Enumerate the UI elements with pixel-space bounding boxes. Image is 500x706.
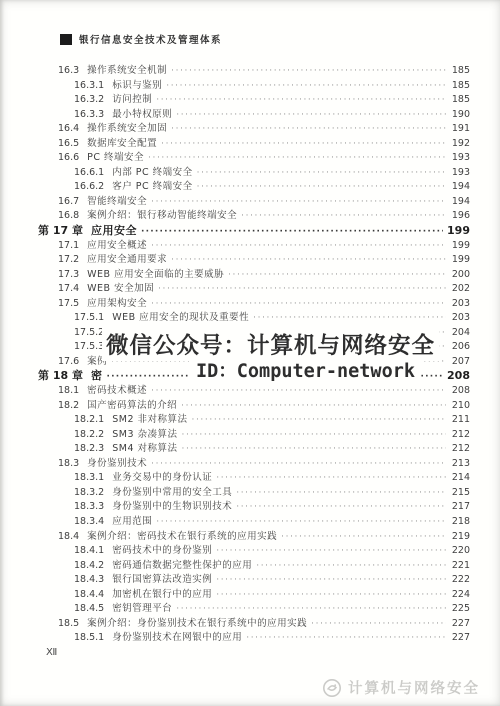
book-title: 银行信息安全技术及管理体系 — [79, 32, 222, 46]
toc-entry-page: 192 — [450, 137, 470, 152]
toc-entry-number: 17.5.1 — [74, 311, 104, 326]
toc-row: 16.6PC 终端安全193 — [0, 151, 500, 166]
toc-entry-number: 18.4.2 — [74, 559, 104, 574]
toc-row: 18.5案例介绍：身份鉴别技术在银行系统中的应用实践227 — [0, 617, 500, 632]
toc-entry-number: 16.4 — [58, 122, 79, 137]
toc-entry-page: 194 — [450, 180, 470, 195]
toc-row: 17.5应用架构安全203 — [0, 297, 500, 312]
toc-entry-page: 194 — [450, 195, 470, 210]
dot-leader — [241, 209, 446, 224]
toc-entry-title: 密码技术中的身份鉴别 — [112, 544, 212, 559]
dot-leader — [151, 384, 446, 399]
toc-entry-number: 17.5.2 — [74, 326, 104, 341]
toc-entry-page: 203 — [450, 311, 470, 326]
dot-leader — [156, 515, 446, 530]
toc-entry-number: 18.3.2 — [74, 486, 104, 501]
toc-entry-number: 18.5 — [58, 617, 79, 632]
toc-entry-number: 17.5 — [58, 297, 79, 312]
toc-entry-title: 访问控制 — [112, 93, 152, 108]
dot-leader — [256, 559, 446, 574]
toc-row: 18.4.2密码通信数据完整性保护的应用221 — [0, 559, 500, 574]
dot-leader — [311, 617, 446, 632]
brand-logo-icon — [322, 678, 342, 698]
toc-entry-title: 操作系统安全加固 — [87, 122, 167, 137]
toc-row: 16.6.2客户 PC 终端安全194 — [0, 180, 500, 195]
toc-entry-page: 185 — [450, 93, 470, 108]
dot-leader — [197, 180, 446, 195]
dot-leader — [216, 544, 446, 559]
toc-entry-title: 身份鉴别技术在网银中的应用 — [112, 631, 242, 646]
dot-leader — [151, 457, 446, 472]
dot-leader — [166, 79, 446, 94]
toc-entry-title: PC 终端安全 — [87, 151, 144, 166]
dot-leader — [182, 428, 446, 443]
toc-entry-number: 16.6.2 — [74, 180, 104, 195]
toc-row: 18.2.3SM4 对称算法212 — [0, 442, 500, 457]
toc-row: 16.3.2访问控制185 — [0, 93, 500, 108]
toc-entry-page: 204 — [450, 326, 470, 341]
toc-entry-title: 案例介绍：密码技术在银行系统的应用实践 — [87, 530, 277, 545]
toc-entry-page: 193 — [450, 166, 470, 181]
toc-row: 第 17 章应用安全199 — [0, 224, 500, 239]
toc-entry-page: 206 — [450, 340, 470, 355]
dot-leader — [253, 311, 446, 326]
dot-leader — [151, 297, 446, 312]
dot-leader — [171, 64, 446, 79]
dot-leader — [148, 151, 446, 166]
toc-row: 16.4操作系统安全加固191 — [0, 122, 500, 137]
dot-leader — [161, 137, 446, 152]
toc-entry-number: 18.2.2 — [74, 428, 104, 443]
toc-entry-page: 219 — [450, 530, 470, 545]
toc-entry-title: 内部 PC 终端安全 — [112, 166, 192, 181]
dot-leader — [281, 530, 446, 545]
toc-entry-number: 16.3.1 — [74, 79, 104, 94]
folio-page-number: Ⅻ — [46, 647, 56, 658]
toc-entry-page: 212 — [450, 442, 470, 457]
dot-leader — [171, 253, 446, 268]
toc-row: 18.3.4应用范围218 — [0, 515, 500, 530]
toc-entry-number: 18.3 — [58, 457, 79, 472]
toc-entry-page: 222 — [450, 573, 470, 588]
toc-row: 18.4.4加密机在银行中的应用224 — [0, 588, 500, 603]
dot-leader — [192, 413, 446, 428]
toc-entry-title: 应用范围 — [112, 515, 152, 530]
toc-row: 17.5.3206 — [0, 340, 500, 355]
toc-entry-page: 227 — [450, 617, 470, 632]
toc-entry-title: 银行国密算法改造实例 — [112, 573, 212, 588]
dot-leader — [151, 195, 446, 210]
toc-row: 16.3.1标识与鉴别185 — [0, 79, 500, 94]
toc-entry-page: 199 — [447, 224, 470, 239]
toc-entry-title: WEB 应用安全面临的主要威胁 — [87, 268, 224, 283]
dot-leader — [236, 500, 446, 515]
toc-entry-number: 17.4 — [58, 282, 79, 297]
toc-entry-title: 最小特权原则 — [112, 108, 172, 123]
toc-row: 16.6.1内部 PC 终端安全193 — [0, 166, 500, 181]
toc-entry-page: 199 — [450, 253, 470, 268]
footer-brand-label: 计算机与网络安全 — [348, 677, 480, 698]
toc-entry-number: 18.2.1 — [74, 413, 104, 428]
dot-leader — [176, 108, 446, 123]
toc-entry-page: 217 — [450, 500, 470, 515]
toc-entry-title: SM2 非对称算法 — [112, 413, 187, 428]
dot-leader — [216, 588, 446, 603]
toc-entry-number: 18.4.1 — [74, 544, 104, 559]
toc-row: 18.5.1身份鉴别技术在网银中的应用227 — [0, 631, 500, 646]
toc-entry-number: 第 18 章 — [38, 369, 83, 384]
toc-entry-number: 18.5.1 — [74, 631, 104, 646]
toc-entry-page: 218 — [450, 515, 470, 530]
toc-entry-page: 185 — [450, 64, 470, 79]
toc-entry-number: 18.2.3 — [74, 442, 104, 457]
toc-entry-page: 193 — [450, 151, 470, 166]
toc-row: 18.2国产密码算法的介绍210 — [0, 399, 500, 414]
dot-leader — [116, 326, 446, 341]
toc-entry-page: 215 — [450, 486, 470, 501]
toc-entry-title: 加密机在银行中的应用 — [112, 588, 212, 603]
toc-entry-title: SM3 杂凑算法 — [112, 428, 177, 443]
dot-leader — [176, 602, 446, 617]
toc-entry-title: 密钥管理平台 — [112, 602, 172, 617]
toc-entry-number: 18.1 — [58, 384, 79, 399]
toc-entry-page: 214 — [450, 471, 470, 486]
toc-entry-page: 211 — [450, 413, 470, 428]
dot-leader — [106, 369, 443, 385]
toc-entry-title: 操作系统安全机制 — [87, 64, 167, 79]
toc-entry-number: 16.8 — [58, 209, 79, 224]
dot-leader — [246, 631, 446, 646]
toc-entry-number: 16.5 — [58, 137, 79, 152]
toc-row: 17.6案例207 — [0, 355, 500, 370]
toc-entry-page: 202 — [450, 282, 470, 297]
toc-row: 17.5.2204 — [0, 326, 500, 341]
toc-entry-page: 213 — [450, 457, 470, 472]
dot-leader — [116, 340, 446, 355]
toc-entry-number: 16.7 — [58, 195, 79, 210]
toc-entry-title: 应用架构安全 — [87, 297, 147, 312]
toc-entry-number: 16.3 — [58, 64, 79, 79]
dot-leader — [182, 442, 446, 457]
toc-entry-title: 身份鉴别技术 — [87, 457, 147, 472]
toc-entry-title: 密码技术概述 — [87, 384, 147, 399]
toc-entry-number: 18.3.3 — [74, 500, 104, 515]
toc-entry-title: WEB 安全加固 — [87, 282, 154, 297]
toc-entry-title: 案例 — [87, 355, 107, 370]
toc-entry-page: 208 — [447, 369, 470, 384]
toc-entry-page: 196 — [450, 209, 470, 224]
toc-entry-number: 第 17 章 — [38, 224, 83, 239]
toc-row: 16.3操作系统安全机制185 — [0, 64, 500, 79]
toc-entry-title: WEB 应用安全的现状及重要性 — [112, 311, 249, 326]
dot-leader — [156, 93, 446, 108]
toc-entry-number: 18.4 — [58, 530, 79, 545]
table-of-contents: 16.3操作系统安全机制18516.3.1标识与鉴别18516.3.2访问控制1… — [0, 64, 500, 646]
toc-entry-number: 17.6 — [58, 355, 79, 370]
toc-row: 18.4案例介绍：密码技术在银行系统的应用实践219 — [0, 530, 500, 545]
toc-entry-title: 国产密码算法的介绍 — [87, 399, 177, 414]
dot-leader — [141, 224, 443, 240]
toc-entry-title: 密码通信数据完整性保护的应用 — [112, 559, 252, 574]
toc-entry-page: 224 — [450, 588, 470, 603]
toc-row: 16.8案例介绍：银行移动智能终端安全196 — [0, 209, 500, 224]
toc-entry-number: 16.3.3 — [74, 108, 104, 123]
toc-entry-page: 221 — [450, 559, 470, 574]
toc-row: 18.4.1密码技术中的身份鉴别220 — [0, 544, 500, 559]
toc-entry-page: 220 — [450, 544, 470, 559]
dot-leader — [171, 122, 446, 137]
dot-leader — [228, 268, 446, 283]
toc-entry-page: 212 — [450, 428, 470, 443]
toc-entry-number: 18.2 — [58, 399, 79, 414]
toc-row: 17.4WEB 安全加固202 — [0, 282, 500, 297]
toc-entry-title: 身份鉴别中的生物识别技术 — [112, 500, 232, 515]
toc-entry-number: 16.3.2 — [74, 93, 104, 108]
toc-entry-number: 16.6.1 — [74, 166, 104, 181]
dot-leader — [151, 239, 446, 254]
toc-entry-number: 18.4.5 — [74, 602, 104, 617]
toc-entry-number: 18.3.4 — [74, 515, 104, 530]
toc-entry-number: 16.6 — [58, 151, 79, 166]
toc-entry-page: 225 — [450, 602, 470, 617]
dot-leader — [216, 471, 446, 486]
toc-row: 16.7智能终端安全194 — [0, 195, 500, 210]
toc-entry-title: 应用安全通用要求 — [87, 253, 167, 268]
toc-entry-number: 18.4.3 — [74, 573, 104, 588]
toc-row: 18.2.1SM2 非对称算法211 — [0, 413, 500, 428]
toc-entry-number: 18.4.4 — [74, 588, 104, 603]
page-header: 银行信息安全技术及管理体系 — [60, 32, 470, 46]
toc-entry-page: 200 — [450, 268, 470, 283]
toc-entry-page: 210 — [450, 399, 470, 414]
toc-entry-page: 190 — [450, 108, 470, 123]
toc-entry-title: 应用安全 — [91, 224, 137, 239]
toc-entry-title: SM4 对称算法 — [112, 442, 177, 457]
toc-entry-number: 17.1 — [58, 239, 79, 254]
toc-entry-page: 185 — [450, 79, 470, 94]
toc-row: 17.2应用安全通用要求199 — [0, 253, 500, 268]
toc-row: 17.1应用安全概述199 — [0, 239, 500, 254]
toc-entry-title: 标识与鉴别 — [112, 79, 162, 94]
toc-entry-title: 案例介绍：身份鉴别技术在银行系统中的应用实践 — [87, 617, 307, 632]
toc-entry-page: 208 — [450, 384, 470, 399]
toc-entry-page: 207 — [450, 355, 470, 370]
toc-entry-title: 客户 PC 终端安全 — [112, 180, 192, 195]
dot-leader — [197, 166, 446, 181]
toc-entry-title: 智能终端安全 — [87, 195, 147, 210]
toc-row: 16.3.3最小特权原则190 — [0, 108, 500, 123]
scanned-toc-page: 银行信息安全技术及管理体系 16.3操作系统安全机制18516.3.1标识与鉴别… — [0, 0, 500, 706]
toc-entry-title: 密 — [91, 369, 103, 384]
toc-row: 18.3身份鉴别技术213 — [0, 457, 500, 472]
toc-entry-title: 业务交易中的身份认证 — [112, 471, 212, 486]
toc-row: 18.3.3身份鉴别中的生物识别技术217 — [0, 500, 500, 515]
toc-row: 18.1密码技术概述208 — [0, 384, 500, 399]
header-square-icon — [60, 34, 72, 45]
toc-row: 18.3.2身份鉴别中常用的安全工具215 — [0, 486, 500, 501]
toc-row: 16.5数据库安全配置192 — [0, 137, 500, 152]
toc-row: 18.4.3银行国密算法改造实例222 — [0, 573, 500, 588]
toc-entry-page: 227 — [450, 631, 470, 646]
toc-entry-number: 17.3 — [58, 268, 79, 283]
dot-leader — [111, 355, 446, 370]
toc-row: 18.2.2SM3 杂凑算法212 — [0, 428, 500, 443]
toc-entry-number: 17.5.3 — [74, 340, 104, 355]
toc-row: 第 18 章密208 — [0, 369, 500, 384]
toc-entry-page: 191 — [450, 122, 470, 137]
toc-entry-title: 案例介绍：银行移动智能终端安全 — [87, 209, 237, 224]
toc-row: 17.5.1WEB 应用安全的现状及重要性203 — [0, 311, 500, 326]
toc-entry-page: 203 — [450, 297, 470, 312]
dot-leader — [158, 282, 446, 297]
toc-entry-page: 199 — [450, 239, 470, 254]
toc-row: 18.4.5密钥管理平台225 — [0, 602, 500, 617]
footer-brand: 计算机与网络安全 — [322, 677, 480, 698]
dot-leader — [181, 399, 446, 414]
toc-row: 17.3WEB 应用安全面临的主要威胁200 — [0, 268, 500, 283]
dot-leader — [236, 486, 446, 501]
dot-leader — [216, 573, 446, 588]
toc-entry-title: 身份鉴别中常用的安全工具 — [112, 486, 232, 501]
toc-entry-title: 应用安全概述 — [87, 239, 147, 254]
toc-entry-number: 18.3.1 — [74, 471, 104, 486]
toc-entry-number: 17.2 — [58, 253, 79, 268]
toc-entry-title: 数据库安全配置 — [87, 137, 157, 152]
toc-row: 18.3.1业务交易中的身份认证214 — [0, 471, 500, 486]
